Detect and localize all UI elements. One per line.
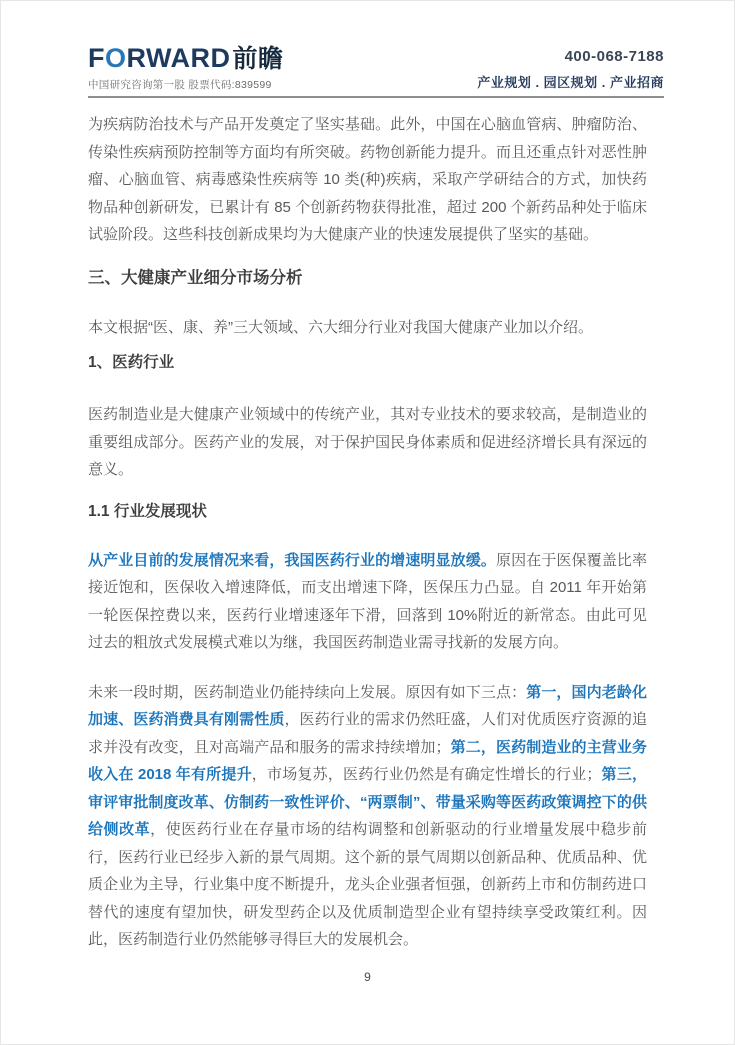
paragraph-future-outlook: 未来一段时期，医药制造业仍能持续向上发展。原因有如下三点：第一，国内老龄化加速、… — [88, 679, 647, 954]
contact-block: 400-068-7188 产业规划 . 园区规划 . 产业招商 — [477, 45, 664, 91]
logo-lens-o-icon: O — [105, 43, 127, 73]
report-page: FORWARD前瞻 中国研究咨询第一股 股票代码:839599 400-068-… — [0, 0, 735, 1045]
emphasized-run: 从产业目前的发展情况来看，我国医药行业的增速明显放缓。 — [88, 552, 496, 569]
paragraph-pharma-overview: 医药制造业是大健康产业领域中的传统产业，其对专业技术的要求较高，是制造业的重要组… — [88, 401, 647, 484]
page-header: FORWARD前瞻 中国研究咨询第一股 股票代码:839599 400-068-… — [1, 45, 734, 92]
brand-block: FORWARD前瞻 中国研究咨询第一股 股票代码:839599 — [88, 45, 284, 92]
document-body: 为疾病防治技术与产品开发奠定了坚实基础。此外，中国在心脑血管病、肿瘤防治、传染性… — [1, 98, 734, 954]
hotline-number: 400-068-7188 — [477, 48, 664, 65]
logo-letters-rward: RWARD — [127, 43, 231, 73]
brand-tagline: 中国研究咨询第一股 股票代码:839599 — [88, 77, 284, 92]
paragraph-intro: 本文根据“医、康、养”三大领域、六大细分行业对我国大健康产业加以介绍。 — [88, 314, 647, 342]
services-tagline: 产业规划 . 园区规划 . 产业招商 — [477, 72, 664, 91]
text-run: 未来一段时期，医药制造业仍能持续向上发展。原因有如下三点： — [88, 684, 526, 701]
paragraph-tech-foundation: 为疾病防治技术与产品开发奠定了坚实基础。此外，中国在心脑血管病、肿瘤防治、传染性… — [88, 111, 647, 249]
brand-logo: FORWARD前瞻 — [88, 45, 284, 72]
paragraph-growth-slowdown: 从产业目前的发展情况来看，我国医药行业的增速明显放缓。原因在于医保覆盖比率接近饱… — [88, 547, 647, 657]
heading-development-status: 1.1 行业发展现状 — [88, 501, 647, 523]
heading-pharma-industry: 1、医药行业 — [88, 352, 647, 374]
heading-section-three: 三、大健康产业细分市场分析 — [88, 267, 647, 289]
page-number: 9 — [1, 970, 734, 984]
logo-letter-f: F — [88, 43, 105, 73]
text-run: ，市场复苏，医药行业仍然是有确定性增长的行业； — [252, 766, 602, 783]
logo-chinese-qianzhan: 前瞻 — [233, 45, 284, 73]
text-run: ，使医药行业在存量市场的结构调整和创新驱动的行业增量发展中稳步前行，医药行业已经… — [88, 821, 647, 948]
